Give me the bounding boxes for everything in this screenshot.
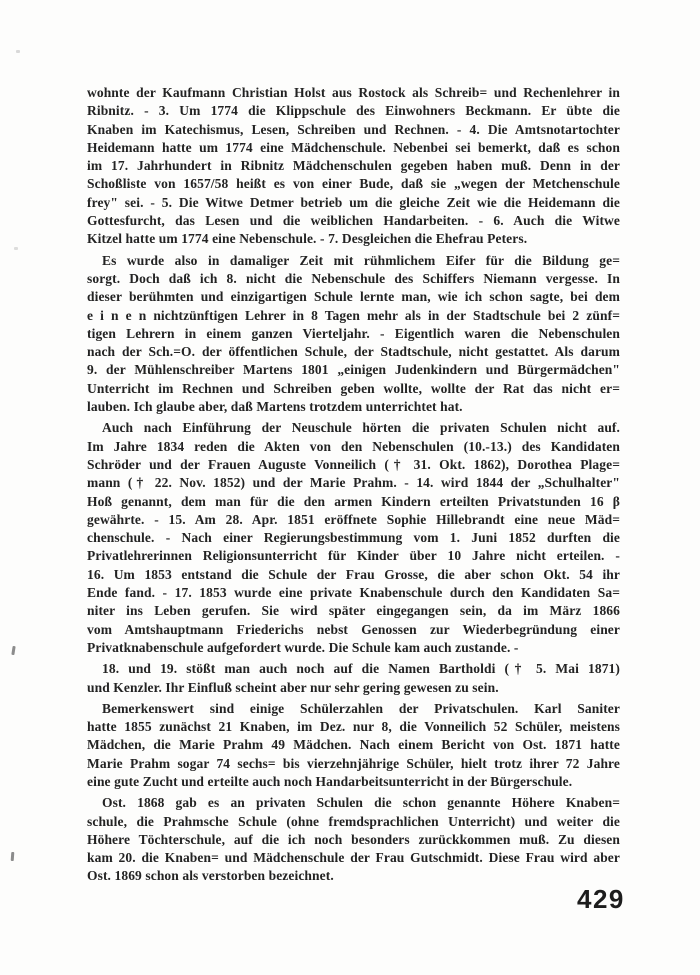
text-line: vom Amtshauptmann Friederichs nebst Geno… bbox=[87, 621, 620, 639]
text-line: frey" sei. - 5. Die Witwe Detmer betrieb… bbox=[87, 194, 620, 212]
text-line: Hoß genannt, dem man für die den armen K… bbox=[87, 493, 620, 511]
ink-speck bbox=[14, 247, 18, 250]
paragraph: Auch nach Einführung der Neuschule hörte… bbox=[87, 419, 620, 657]
text-line: Im Jahre 1834 reden die Akten von den Ne… bbox=[87, 438, 620, 456]
text-line: Privatknabenschule aufgefordert wurde. D… bbox=[87, 639, 620, 657]
text-line: im 17. Jahrhundert in Ribnitz Mädchensch… bbox=[87, 157, 620, 175]
paragraph: Ost. 1868 gab es an privaten Schulen die… bbox=[87, 794, 620, 885]
text-line: hatte 1855 zunächst 21 Knaben, im Dez. n… bbox=[87, 718, 620, 736]
paragraph: 18. und 19. stößt man auch noch auf die … bbox=[87, 660, 620, 697]
paragraph: Es wurde also in damaliger Zeit mit rühm… bbox=[87, 252, 620, 417]
text-line: Ribnitz. - 3. Um 1774 die Klippschule de… bbox=[87, 102, 620, 120]
text-line: tigen Lehrern in einem ganzen Vierteljah… bbox=[87, 325, 620, 343]
paragraph: wohnte der Kaufmann Christian Holst aus … bbox=[87, 84, 620, 249]
text-line: 9. der Mühlenschreiber Martens 1801 „ein… bbox=[87, 361, 620, 379]
text-line: wohnte der Kaufmann Christian Holst aus … bbox=[87, 84, 620, 102]
text-line: Schröder und der Frauen Auguste Vonneili… bbox=[87, 456, 620, 474]
text-line: Ost. 1869 schon als verstorben bezeichne… bbox=[87, 867, 620, 885]
text-line: niter ins Leben gerufen. Sie wird später… bbox=[87, 602, 620, 620]
text-line: dieser berühmten und einzigartigen Schul… bbox=[87, 288, 620, 306]
text-line: Knaben im Katechismus, Lesen, Schreiben … bbox=[87, 121, 620, 139]
text-line: Privatlehrerinnen Religionsunterricht fü… bbox=[87, 547, 620, 565]
text-line: gewährte. - 15. Am 28. Apr. 1851 eröffne… bbox=[87, 511, 620, 529]
ink-speck bbox=[11, 646, 15, 655]
text-line: sorgt. Doch daß ich 8. nicht die Nebensc… bbox=[87, 270, 620, 288]
book-page: wohnte der Kaufmann Christian Holst aus … bbox=[0, 0, 700, 975]
text-line: schule, die Prahmsche Schule (ohne fremd… bbox=[87, 813, 620, 831]
text-line: 18. und 19. stößt man auch noch auf die … bbox=[87, 660, 620, 678]
text-line: Auch nach Einführung der Neuschule hörte… bbox=[87, 419, 620, 437]
text-line: Schoßliste von 1657/58 heißt es von eine… bbox=[87, 175, 620, 193]
text-line: Kitzel hatte um 1774 eine Nebenschule. -… bbox=[87, 230, 620, 248]
text-line: Es wurde also in damaliger Zeit mit rühm… bbox=[87, 252, 620, 270]
text-line: Höhere Töchterschule, auf die ich noch b… bbox=[87, 831, 620, 849]
ink-speck bbox=[11, 852, 15, 861]
text-line: mann († 22. Nov. 1852) und der Marie Pra… bbox=[87, 474, 620, 492]
text-line: eine gute Zucht und erteilte auch noch H… bbox=[87, 773, 620, 791]
text-line: Ost. 1868 gab es an privaten Schulen die… bbox=[87, 794, 620, 812]
text-line: e i n e n nichtzünftigen Lehrer in 8 Tag… bbox=[87, 307, 620, 325]
text-line: Heidemann hatte um 1774 eine Mädchenschu… bbox=[87, 139, 620, 157]
text-line: lauben. Ich glaube aber, daß Martens tro… bbox=[87, 398, 620, 416]
text-line: Gottesfurcht, das Lesen und die weiblich… bbox=[87, 212, 620, 230]
text-line: Marie Prahm sogar 74 sechs= bis vierzehn… bbox=[87, 755, 620, 773]
text-line: Bemerkenswert sind einige Schülerzahlen … bbox=[87, 700, 620, 718]
text-line: und Kenzler. Ihr Einfluß scheint aber nu… bbox=[87, 679, 620, 697]
text-line: Mädchen, die Marie Prahm 49 Mädchen. Nac… bbox=[87, 736, 620, 754]
text-line: kam 20. die Knaben= und Mädchenschule de… bbox=[87, 849, 620, 867]
text-line: 16. Um 1853 entstand die Schule der Frau… bbox=[87, 566, 620, 584]
text-line: nach der Sch.=O. der öffentlichen Schule… bbox=[87, 343, 620, 361]
page-number: 429 bbox=[577, 884, 625, 915]
text-line: chenschule. - Nach einer Regierungsbesti… bbox=[87, 529, 620, 547]
page-text: wohnte der Kaufmann Christian Holst aus … bbox=[87, 84, 620, 886]
text-line: Unterricht im Rechnen und Schreiben gebe… bbox=[87, 380, 620, 398]
ink-speck bbox=[16, 50, 20, 53]
paragraph: Bemerkenswert sind einige Schülerzahlen … bbox=[87, 700, 620, 791]
text-line: Ende fand. - 17. 1853 wurde eine private… bbox=[87, 584, 620, 602]
